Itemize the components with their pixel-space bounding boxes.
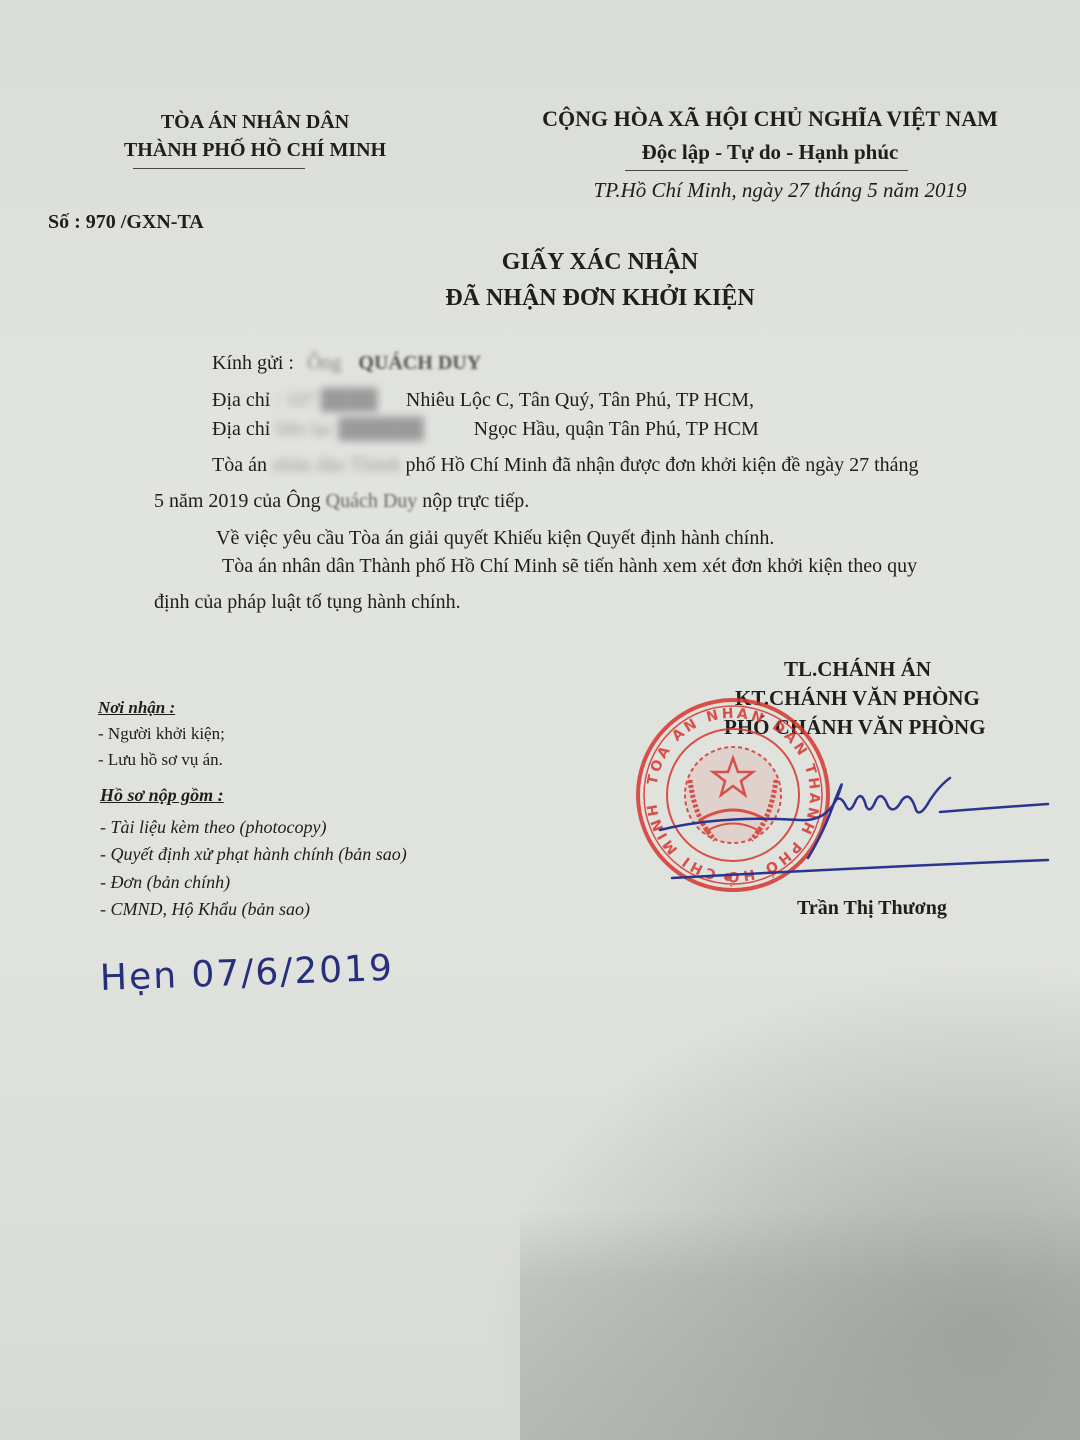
stamp-and-signature: TÒA ÁN NHÂN DÂN THÀNH PHỐ HỒ CHÍ MINH [0, 0, 1080, 1440]
signer-name: Trần Thị Thương [797, 897, 947, 920]
court-seal-icon: TÒA ÁN NHÂN DÂN THÀNH PHỐ HỒ CHÍ MINH [638, 700, 828, 890]
